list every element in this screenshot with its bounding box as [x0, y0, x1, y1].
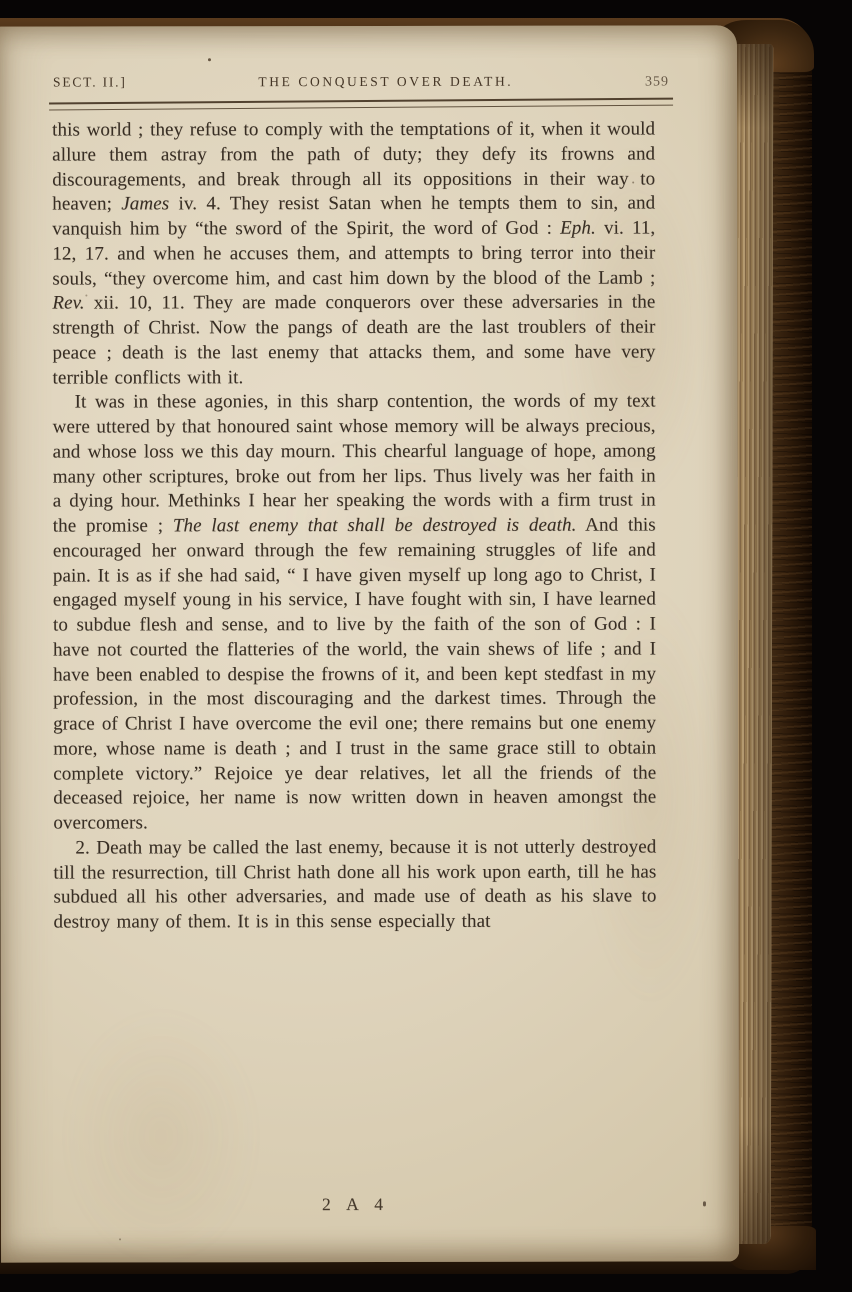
paper-showthrough-smudge	[61, 1006, 261, 1266]
ink-mark	[703, 1201, 706, 1206]
printers-signature: 2 A 4	[54, 1193, 657, 1215]
running-title: THE CONQUEST OVER DEATH.	[127, 74, 645, 91]
foxing-speck	[119, 1238, 121, 1240]
header-double-rule	[49, 98, 673, 111]
page-header: SECT. II.] THE CONQUEST OVER DEATH. 359	[53, 73, 669, 91]
text-block: this world ; they refuse to comply with …	[52, 117, 656, 935]
paragraph: this world ; they refuse to comply with …	[52, 117, 655, 390]
page-number: 359	[645, 74, 669, 90]
book-page: SECT. II.] THE CONQUEST OVER DEATH. 359 …	[0, 25, 739, 1262]
paragraph: 2. Death may be called the last enemy, b…	[53, 835, 656, 935]
paragraph: It was in these agonies, in this sharp c…	[53, 390, 657, 837]
foxing-speck	[208, 58, 211, 61]
section-label: SECT. II.]	[53, 74, 127, 90]
scanned-book-photo: SECT. II.] THE CONQUEST OVER DEATH. 359 …	[0, 0, 852, 1292]
